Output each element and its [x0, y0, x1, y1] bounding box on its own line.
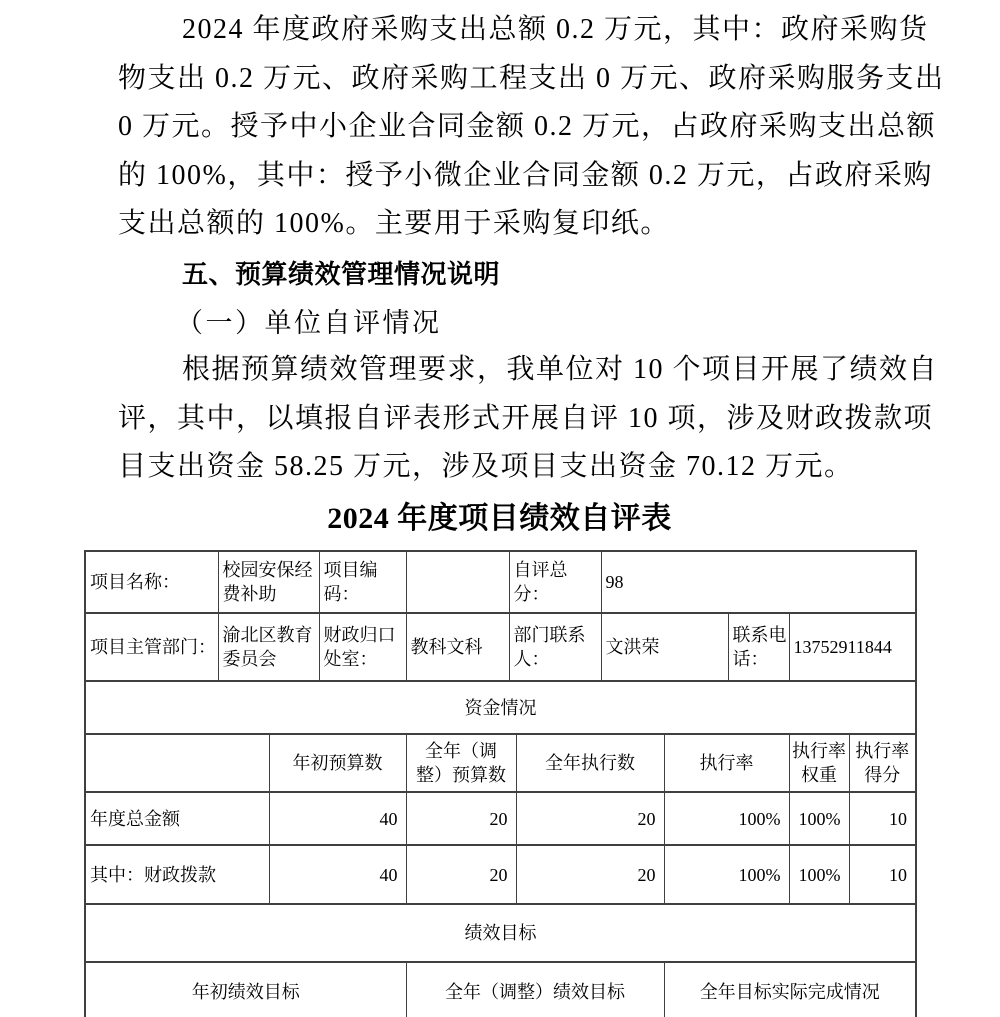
table-row-project-name: 项目名称： 校园安保经 费补助 项目编 码： 自评总 分： 98 [85, 551, 916, 613]
department-value: 渝北区教育 委员会 [218, 613, 319, 681]
fiscal-initial-budget: 40 [269, 845, 406, 904]
project-name-value: 校园安保经 费补助 [218, 551, 319, 613]
total-rate-weight: 100% [789, 792, 849, 845]
total-initial-budget: 40 [269, 792, 406, 845]
document-page: 2024 年度政府采购支出总额 0.2 万元，其中：政府采购货 物支出 0.2 … [0, 0, 1000, 1017]
goals-band-title: 绩效目标 [85, 904, 916, 962]
contact-person-label: 部门联系 人： [509, 613, 601, 681]
section-heading: 五、预算绩效管理情况说明 [118, 254, 994, 294]
table-row-fiscal-allocation: 其中：财政拨款 40 20 20 100% 100% 10 [85, 845, 916, 904]
total-execution-rate: 100% [664, 792, 789, 845]
funding-header-initial-budget: 年初预算数 [269, 734, 406, 792]
finance-office-value: 教科文科 [406, 613, 509, 681]
paragraph-self-evaluation: 根据预算绩效管理要求，我单位对 10 个项目开展了绩效自 评，其中，以填报自评表… [118, 346, 994, 492]
table-row-total-amount: 年度总金额 40 20 20 100% 100% 10 [85, 792, 916, 845]
total-executed: 20 [516, 792, 664, 845]
project-code-label: 项目编 码： [319, 551, 406, 613]
department-label: 项目主管部门： [85, 613, 218, 681]
fiscal-rate-weight: 100% [789, 845, 849, 904]
subsection-heading: （一）单位自评情况 [118, 302, 994, 344]
total-rate-score: 10 [849, 792, 916, 845]
phone-label: 联系电 话： [728, 613, 789, 681]
goal-header-actual-completion: 全年目标实际完成情况 [664, 962, 916, 1017]
project-name-label: 项目名称： [85, 551, 218, 613]
fiscal-rate-score: 10 [849, 845, 916, 904]
project-code-value [406, 551, 509, 613]
table-band-funding: 资金情况 [85, 681, 916, 734]
table-row-funding-headers: 年初预算数 全年（调 整）预算数 全年执行数 执行率 执行率 权重 执行率 得分 [85, 734, 916, 792]
table-row-department: 项目主管部门： 渝北区教育 委员会 财政归口 处室： 教科文科 部门联系 人： … [85, 613, 916, 681]
funding-header-execution-rate: 执行率 [664, 734, 789, 792]
funding-header-adjusted-budget: 全年（调 整）预算数 [406, 734, 516, 792]
paragraph-procurement: 2024 年度政府采购支出总额 0.2 万元，其中：政府采购货 物支出 0.2 … [118, 6, 994, 249]
funding-band-title: 资金情况 [85, 681, 916, 734]
contact-person-value: 文洪荣 [601, 613, 728, 681]
funding-header-rate-score: 执行率 得分 [849, 734, 916, 792]
goal-header-adjusted: 全年（调整）绩效目标 [406, 962, 664, 1017]
funding-header-rate-weight: 执行率 权重 [789, 734, 849, 792]
table-row-goal-headers: 年初绩效目标 全年（调整）绩效目标 全年目标实际完成情况 [85, 962, 916, 1017]
fiscal-executed: 20 [516, 845, 664, 904]
finance-office-label: 财政归口 处室： [319, 613, 406, 681]
fiscal-execution-rate: 100% [664, 845, 789, 904]
total-amount-label: 年度总金额 [85, 792, 269, 845]
fiscal-adjusted-budget: 20 [406, 845, 516, 904]
fiscal-allocation-label: 其中：财政拨款 [85, 845, 269, 904]
total-adjusted-budget: 20 [406, 792, 516, 845]
funding-header-executed: 全年执行数 [516, 734, 664, 792]
self-score-label: 自评总 分： [509, 551, 601, 613]
self-evaluation-table: 项目名称： 校园安保经 费补助 项目编 码： 自评总 分： 98 项目主管部门：… [84, 550, 917, 1017]
goal-header-initial: 年初绩效目标 [85, 962, 406, 1017]
table-band-goals: 绩效目标 [85, 904, 916, 962]
funding-header-blank [85, 734, 269, 792]
phone-value: 13752911844 [789, 613, 916, 681]
self-score-value: 98 [601, 551, 916, 613]
table-title: 2024 年度项目绩效自评表 [84, 494, 915, 544]
